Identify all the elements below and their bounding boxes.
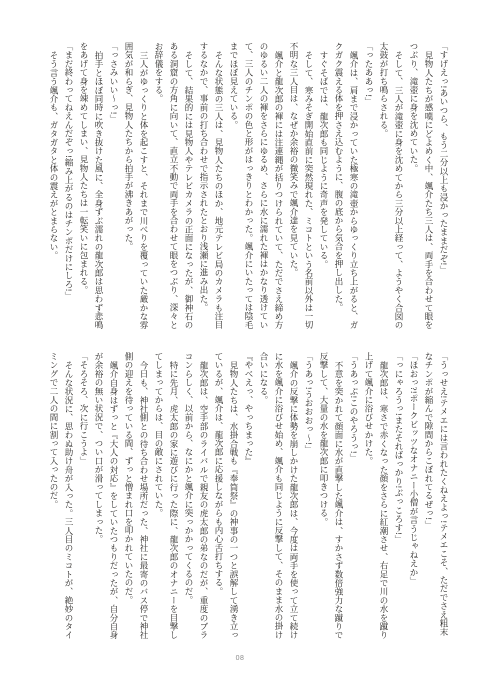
paragraph: 「すげえっ!あいつら、もう二分以上も浸かったままだぞ!」 [436,42,451,334]
paragraph: 三人がゆっくりと体を起こすと、それまで川べりを覆っていた厳かな雰囲気が和らぎ、見… [121,42,151,334]
paragraph: 「うあっ!うおおおっ〜!」 [301,352,316,644]
paragraph: 「うあっぷ!このやろうっ!」 [346,352,361,644]
paragraph: 見物人たちは、水掛合戦も『奉筒祭』の神事の一つと誤解して湧き立っているが、颯介は… [211,352,241,644]
paragraph: 「っさみいい〜っ!」 [106,42,121,334]
text-block-upper: 「すげえっ!あいつら、もう二分以上も浸かったままだぞ!」見物人たちが感嘆にどよめ… [45,42,451,334]
paragraph: 龍次郎は、寒さで赤くなった顔をさらに紅潮させ、右足で川の水を蹴り上げて颯介に浴び… [361,352,391,644]
paragraph: 見物人たちが感嘆にどよめく中、颯介たち三人は、両手を合わせて眼をつぶり、滝壺に身… [406,42,436,334]
novel-page: 「すげえっ!あいつら、もう二分以上も浸かったままだぞ!」見物人たちが感嘆にどよめ… [0,0,480,685]
paragraph: そして、寒みそぎ開始直前に突然現れた、ミコトという名前以外は一切不明な三人目は、… [286,42,316,334]
paragraph: 「ほおっ?!ポークビッツなオナニー小僧が言うじゃねえか」 [406,352,421,644]
paragraph: すぐそばでは、龍次郎も同じように奇声を発している。 [316,42,331,334]
paragraph: 「っにゃろうっ!またそればっかり!ぶっころす!」 [391,352,406,644]
paragraph: そんな状態の三人は、見物人たちのほか、地元テレビ局のカメラも注目するなかで、事前… [196,42,226,334]
paragraph: 「そろそろ、次に行こうよ」 [76,352,91,644]
paragraph: 龍次郎は、空手部のライバルで親友の虎太郎の弟なのだが、重度のブラコンらしく、以前… [181,352,211,644]
paragraph: 颯介は、肩まで浸かっていた極寒の滝壺からゆっくり立ち上がると、ガクガク震える体を… [331,42,361,334]
paragraph: そんな状況に、思わぬ助け舟が入った。三人目のミコトが、絶妙のタイミングで二人の間… [46,352,76,644]
paragraph: 今日も、神社側との待ち合わせ場所だった、神社に最寄のバス停で神社側の迎えを待って… [121,352,151,644]
paragraph: 不意を突かれて顔面に水が直撃した颯介は、すかさず数倍強力な蹴りで反撃して、大量の… [316,352,346,644]
paragraph: 拍手とほぼ同時に吹き抜けた風に、全身ずぶ濡れの龍次郎は思わず悲鳴をあげて身を竦め… [76,42,106,334]
text-block-lower: 「うっせえ!テメエには言われたくねえよっ!テメエこそ、ただでさえ粗末なチンポが縮… [45,352,451,644]
paragraph: 「まだ終わってねえんだぞっ!縮み上がるのはチンポだけにしろ!」 [61,42,76,334]
paragraph: 颯介と龍次郎の褌には注連縄が括りつけられていて、ただでさえ締め方のゆるい二人の褌… [226,42,286,334]
paragraph: 「うっせえ!テメエには言われたくねえよっ!テメエこそ、ただでさえ粗末なチンポが縮… [421,352,451,644]
paragraph: 特に先月、虎太郎の家に遊びに行った際に、龍次郎のオナニーを目撃してしまってからは… [151,352,181,644]
paragraph: 「ったああっ!」 [361,42,376,334]
paragraph: そう言う颯介も、ガタガタと体の震えがとまらない。 [46,42,61,334]
paragraph: そして、結果的には見物人やテレビカメラの正面になったが、御神石のある洞窟の方角に… [151,42,196,334]
paragraph: 颯介自身はずっと『大人の対応』をしていたつもりだったが、自分自身が余裕の無い状況… [91,352,121,644]
paragraph: 『やべえっ、やっちまった』 [241,352,256,644]
paragraph: 颯介の反撃に体勢を崩しかけた龍次郎は、今度は両手を使って立て続けに水を颯介に浴び… [256,352,301,644]
page-number: 08 [0,655,480,662]
paragraph: そして、三人が滝壺に身を沈めてから三分以上経って、ようやく合図の太鼓が打ち鳴らさ… [376,42,406,334]
